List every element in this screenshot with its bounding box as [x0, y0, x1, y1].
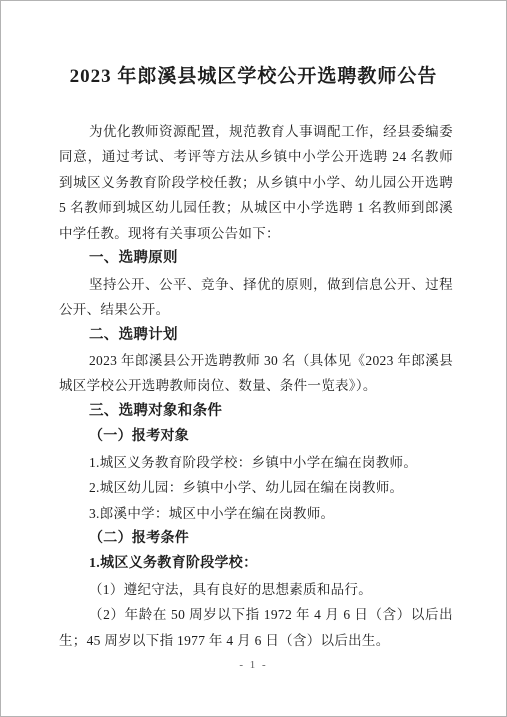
text-line: 为优化教师资源配置，规范教育人事调配工作，经县委编委 [59, 119, 453, 144]
text-line: 同意，通过考试、考评等方法从乡镇中小学公开选聘 24 名教师 [59, 144, 453, 169]
text-line: 城区学校公开选聘教师岗位、数量、条件一览表》）。 [59, 373, 453, 398]
document-title: 2023 年郎溪县城区学校公开选聘教师公告 [1, 61, 506, 88]
text-line: 1.城区义务教育阶段学校： [59, 551, 453, 576]
document-page: 2023 年郎溪县城区学校公开选聘教师公告 为优化教师资源配置，规范教育人事调配… [0, 0, 507, 717]
text-line: （一）报考对象 [59, 424, 453, 449]
text-line: 坚持公开、公平、竞争、择优的原则，做到信息公开、过程 [59, 272, 453, 297]
page-number: - 1 - [1, 659, 506, 671]
text-line: 一、选聘原则 [59, 246, 453, 271]
text-line: （1）遵纪守法，具有良好的思想素质和品行。 [59, 577, 453, 602]
document-body: 为优化教师资源配置，规范教育人事调配工作，经县委编委同意，通过考试、考评等方法从… [59, 119, 453, 653]
text-line: 二、选聘计划 [59, 323, 453, 348]
text-line: 2.城区幼儿园：乡镇中小学、幼儿园在编在岗教师。 [59, 475, 453, 500]
text-line: 5 名教师到城区幼儿园任教；从城区中小学选聘 1 名教师到郎溪 [59, 195, 453, 220]
text-line: （二）报考条件 [59, 526, 453, 551]
text-line: 到城区义务教育阶段学校任教；从乡镇中小学、幼儿园公开选聘 [59, 170, 453, 195]
text-line: 2023 年郎溪县公开选聘教师 30 名（具体见《2023 年郎溪县 [59, 348, 453, 373]
text-line: 公开、结果公开。 [59, 297, 453, 322]
text-line: 三、选聘对象和条件 [59, 399, 453, 424]
text-line: 中学任教。现将有关事项公告如下： [59, 221, 453, 246]
text-line: （2）年龄在 50 周岁以下指 1972 年 4 月 6 日（含）以后出 [59, 602, 453, 627]
text-line: 1.城区义务教育阶段学校：乡镇中小学在编在岗教师。 [59, 450, 453, 475]
text-line: 生；45 周岁以下指 1977 年 4 月 6 日（含）以后出生。 [59, 628, 453, 653]
text-line: 3.郎溪中学：城区中小学在编在岗教师。 [59, 501, 453, 526]
